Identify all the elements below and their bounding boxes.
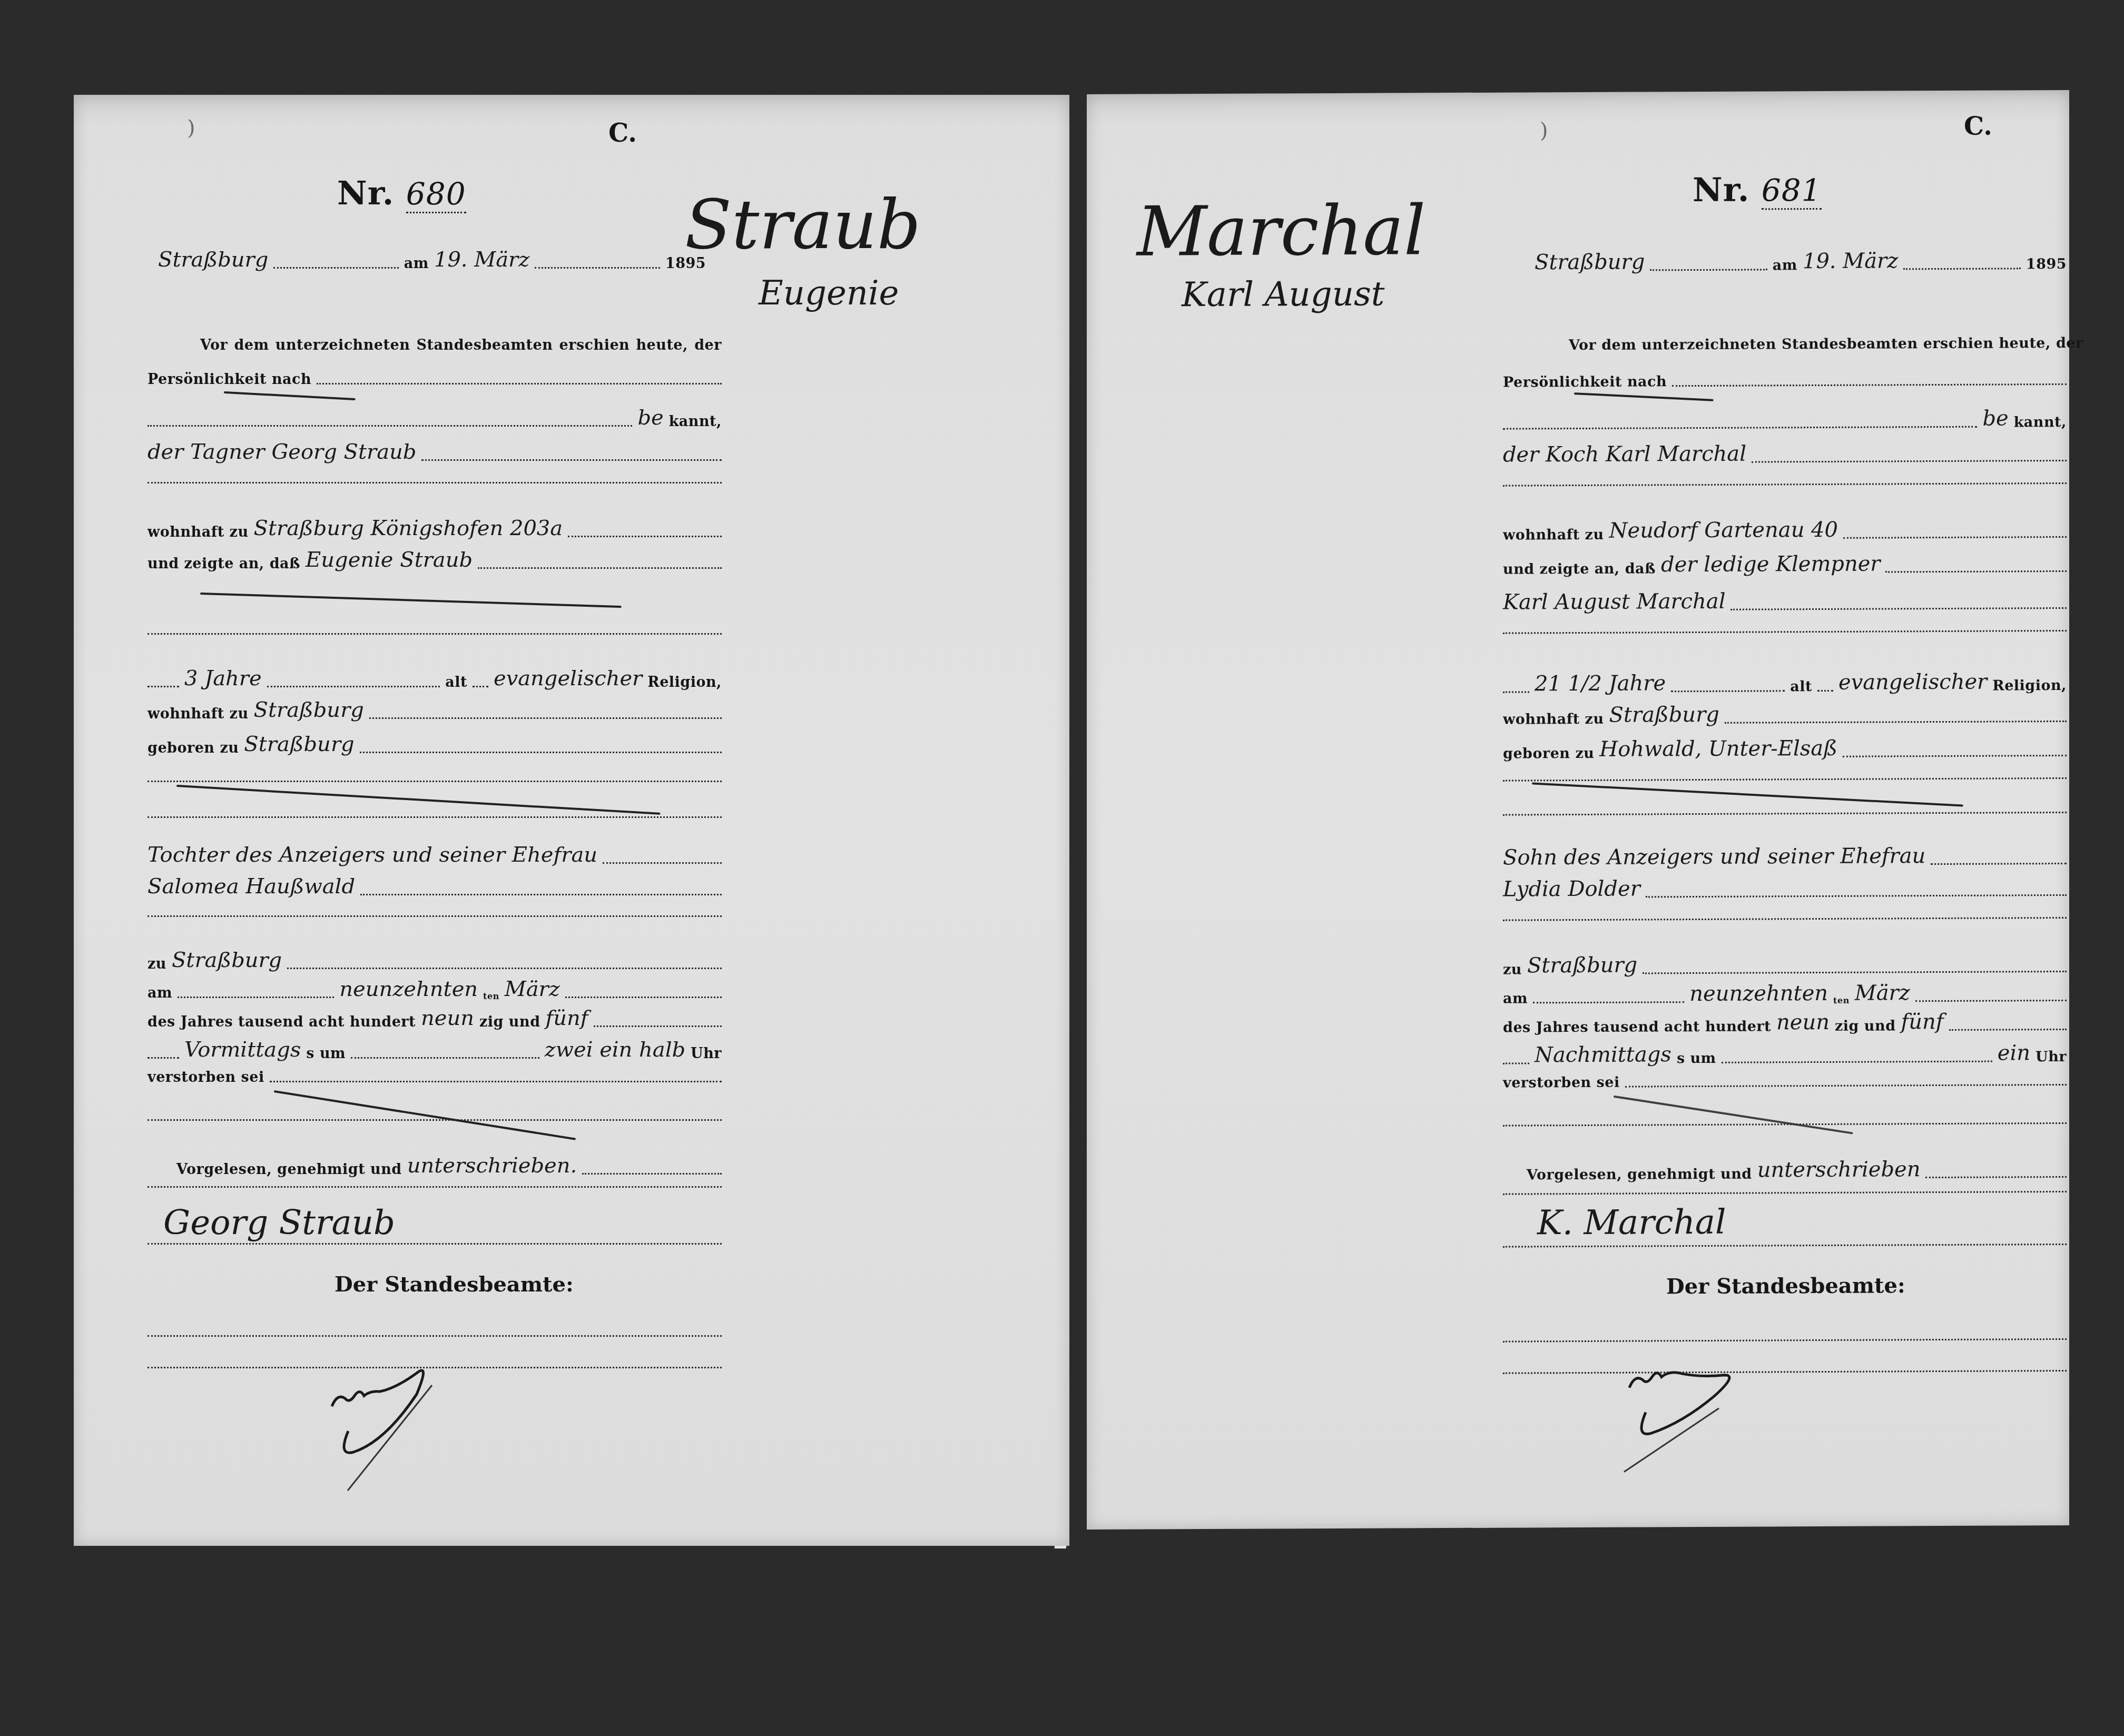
intro-word: der <box>694 337 722 353</box>
died-line: verstorben sei <box>1503 1072 2067 1091</box>
death-place-line: zu Straßburg <box>147 948 722 972</box>
day-suffix: ten <box>483 991 499 1001</box>
identity-label: Persönlichkeit nach <box>147 371 311 388</box>
intro-word: der <box>2056 335 2083 351</box>
death-place-label: zu <box>1503 961 1522 978</box>
blank-rule <box>147 1243 722 1245</box>
strike-line <box>1574 392 1714 401</box>
approval-line: Vorgelesen, genehmigt und unterschrieben <box>1527 1157 2067 1183</box>
death-date-line: am neunzehnten ten März <box>147 977 722 1001</box>
deceased-line: und zeigte an, daß der ledige Klempner <box>1503 551 2067 578</box>
year-label-2: zig und <box>1835 1018 1896 1034</box>
blank-rule <box>147 1335 722 1337</box>
blank-rule <box>1503 917 2067 921</box>
corner-mark: C. <box>608 119 637 148</box>
blank-rule <box>147 816 722 818</box>
residence-label: wohnhaft zu <box>1503 527 1604 544</box>
corner-mark: C. <box>1964 112 1992 141</box>
death-year-line: des Jahres tausend acht hundert neun zig… <box>147 1006 722 1030</box>
informant-residence-line: wohnhaft zu Neudorf Gartenau 40 <box>1503 517 2067 544</box>
birthplace: Hohwald, Unter-Elsaß <box>1599 736 1837 762</box>
age-religion-line: 3 Jahre alt evangelischer Religion, <box>147 666 722 691</box>
identity-line: Persönlichkeit nach <box>147 371 722 388</box>
approval-hand: unterschrieben <box>1757 1157 1921 1182</box>
death-date-label: am <box>147 985 172 1001</box>
parents-2: Lydia Dolder <box>1503 876 1640 901</box>
deceased-line: und zeigte an, daß Eugenie Straub <box>147 548 722 572</box>
religion-label: Religion, <box>647 674 722 691</box>
deceased-residence: Straßburg <box>254 698 364 722</box>
deceased-residence: Straßburg <box>1609 703 1719 727</box>
intro-word: Standesbeamten <box>417 337 553 353</box>
known-line: be kannt, <box>147 406 722 430</box>
informant-residence-line: wohnhaft zu Straßburg Königshofen 203a <box>147 516 722 540</box>
parents-1: Tochter des Anzeigers und seiner Ehefrau <box>147 843 597 867</box>
informant-residence: Straßburg Königshofen 203a <box>254 516 563 540</box>
blank-rule <box>1503 630 2067 634</box>
religion: evangelischer <box>1838 670 1987 695</box>
known-suffix-hand: be <box>1982 406 2008 430</box>
register-number-label: Nr. <box>337 174 394 212</box>
birthplace-line: geboren zu Straßburg <box>147 732 722 756</box>
age-label: alt <box>445 674 467 691</box>
died-label: verstorben sei <box>1503 1074 1620 1091</box>
uhr-label: Uhr <box>691 1045 722 1062</box>
strike-line <box>274 1090 576 1140</box>
religion-label: Religion, <box>1992 677 2067 694</box>
margin-given-name: Karl August <box>1182 275 1385 315</box>
death-time-line: Vormittags s um zwei ein halb Uhr <box>147 1038 722 1062</box>
register-number-value: 680 <box>406 176 466 213</box>
informant-signature: Georg Straub <box>163 1204 395 1242</box>
blank-rule <box>1503 1338 2067 1343</box>
place-date-line: Straßburg am 19. März 1895 <box>1535 248 2067 274</box>
death-date-line: am neunzehnten ten März <box>1503 980 2067 1007</box>
parents-line-2: Lydia Dolder <box>1503 875 2067 902</box>
deceased-occupation: der ledige Klempner <box>1661 551 1880 577</box>
born-label: geboren zu <box>147 740 239 756</box>
registrar-signature-icon <box>300 1338 500 1496</box>
deceased-line-2: Karl August Marchal <box>1503 588 2067 615</box>
birthplace-line: geboren zu Hohwald, Unter-Elsaß <box>1503 735 2067 762</box>
informant-residence: Neudorf Gartenau 40 <box>1609 518 1838 543</box>
age-religion-line: 21 1/2 Jahre alt evangelischer Religion, <box>1503 669 2067 696</box>
time-label: s um <box>1677 1050 1716 1067</box>
approval-line: Vorgelesen, genehmigt und unterschrieben… <box>176 1153 722 1178</box>
blank-rule <box>1503 1191 2067 1195</box>
time-hour: zwei ein halb <box>545 1038 685 1062</box>
intro-word: Vor <box>200 337 228 353</box>
died-line: verstorben sei <box>147 1069 722 1086</box>
blank-rule <box>1503 482 2067 487</box>
day-suffix: ten <box>1833 995 1850 1005</box>
death-place-label: zu <box>147 956 166 972</box>
death-place-line: zu Straßburg <box>1503 951 2067 978</box>
known-suffix-print: kannt, <box>2014 414 2067 430</box>
year-decade: neun <box>421 1006 474 1030</box>
faint-mark: ) <box>187 116 195 140</box>
death-place: Straßburg <box>1527 953 1637 978</box>
year-label-2: zig und <box>479 1014 540 1030</box>
strike-line <box>1532 782 1963 806</box>
year-decade: neun <box>1776 1010 1830 1034</box>
date: 19. März <box>1803 249 1898 273</box>
death-day: neunzehnten <box>339 977 478 1001</box>
intro-word: heute, <box>636 337 688 353</box>
register-number: Nr. 680 <box>337 174 466 212</box>
age-label: alt <box>1790 678 1812 695</box>
informant: der Tagner Georg Straub <box>147 440 416 464</box>
intro-line: Vor dem unterzeichneten Standesbeamten e… <box>200 337 722 353</box>
uhr-label: Uhr <box>2035 1049 2067 1065</box>
death-month: März <box>505 977 560 1001</box>
time-label: s um <box>306 1045 346 1062</box>
strike-line <box>1614 1096 1853 1135</box>
intro-word: Standesbeamten <box>1782 336 1918 352</box>
announce-label: und zeigte an, daß <box>1503 560 1656 577</box>
blank-rule <box>147 1119 722 1121</box>
death-year-line: des Jahres tausend acht hundert neun zig… <box>1503 1009 2067 1036</box>
residence-label: wohnhaft zu <box>147 524 249 540</box>
time-of-day: Vormittags <box>184 1038 301 1062</box>
deceased-residence-line: wohnhaft zu Straßburg <box>147 698 722 722</box>
register-page-left: ) C. Nr. 680 Straub Eugenie Straßburg am… <box>74 95 1069 1546</box>
intro-word: unterzeichneten <box>276 337 410 353</box>
parents-line-1: Sohn des Anzeigers und seiner Ehefrau <box>1503 843 2067 870</box>
intro-line: Vor dem unterzeichneten Standesbeamten e… <box>1569 335 2067 353</box>
born-label: geboren zu <box>1503 745 1594 762</box>
known-suffix-hand: be <box>637 406 663 430</box>
identity-label: Persönlichkeit nach <box>1503 373 1667 390</box>
intro-word: dem <box>1601 337 1636 353</box>
died-label: verstorben sei <box>147 1069 264 1086</box>
year: 1895 <box>2026 256 2067 272</box>
time-of-day: Nachmittags <box>1535 1042 1671 1067</box>
parents-line-1: Tochter des Anzeigers und seiner Ehefrau <box>147 843 722 867</box>
date: 19. März <box>434 248 529 272</box>
blank-rule <box>1503 1244 2067 1248</box>
am-label: am <box>1773 257 1797 273</box>
intro-word: heute, <box>1999 335 2051 351</box>
register-number: Nr. 681 <box>1693 170 1822 209</box>
registrar-signature-icon <box>1598 1345 1798 1504</box>
margin-given-name: Eugenie <box>759 274 899 313</box>
known-line: be kannt, <box>1503 406 2067 433</box>
blank-rule <box>147 915 722 917</box>
register-page-right: ) C. Nr. 681 Marchal Karl August Straßbu… <box>1087 90 2069 1530</box>
death-time-line: Nachmittags s um ein Uhr <box>1503 1041 2067 1068</box>
informant-signature: K. Marchal <box>1537 1203 1726 1243</box>
identity-line: Persönlichkeit nach <box>1503 372 2067 391</box>
intro-word: Vor <box>1569 337 1596 353</box>
informant: der Koch Karl Marchal <box>1503 442 1746 467</box>
death-date-label: am <box>1503 990 1528 1007</box>
year-label: des Jahres tausend acht hundert <box>1503 1018 1771 1035</box>
deceased-residence-line: wohnhaft zu Straßburg <box>1503 701 2067 728</box>
strike-line <box>200 593 622 608</box>
year-unit: fünf <box>546 1006 588 1030</box>
strike-line <box>224 391 356 400</box>
faint-mark: ) <box>1540 119 1548 143</box>
register-number-label: Nr. <box>1693 171 1749 209</box>
registrar-heading: Der Standesbeamte: <box>335 1272 574 1297</box>
place: Straßburg <box>158 248 268 272</box>
deceased-name: Eugenie Straub <box>306 548 473 572</box>
intro-word: unterzeichneten <box>1641 336 1776 353</box>
parents-line-2: Salomea Haußwald <box>147 874 722 899</box>
deceased-name: Karl August Marchal <box>1503 589 1725 615</box>
informant-line: der Koch Karl Marchal <box>1503 440 2067 467</box>
blank-rule <box>147 482 722 484</box>
approval-label: Vorgelesen, genehmigt und <box>1527 1166 1752 1183</box>
year-unit: fünf <box>1901 1010 1944 1034</box>
intro-word: dem <box>234 337 269 353</box>
margin-surname: Marchal <box>1137 190 1425 271</box>
age: 21 1/2 Jahre <box>1535 671 1666 696</box>
residence-label: wohnhaft zu <box>147 706 249 722</box>
place: Straßburg <box>1535 250 1645 274</box>
death-day: neunzehnten <box>1689 981 1828 1006</box>
intro-word: erschien <box>559 337 630 353</box>
am-label: am <box>404 255 429 272</box>
birthplace: Straßburg <box>244 732 354 756</box>
parents-2: Salomea Haußwald <box>147 874 355 899</box>
strike-line <box>176 785 661 815</box>
death-month: März <box>1855 981 1910 1005</box>
blank-rule <box>147 633 722 635</box>
announce-label: und zeigte an, daß <box>147 556 300 572</box>
age: 3 Jahre <box>184 666 262 691</box>
time-hour: ein <box>1998 1041 2030 1065</box>
parents-1: Sohn des Anzeigers und seiner Ehefrau <box>1503 844 1925 870</box>
intro-word: erschien <box>1923 336 1994 352</box>
year-label: des Jahres tausend acht hundert <box>147 1014 416 1030</box>
religion: evangelischer <box>494 666 642 691</box>
registrar-heading: Der Standesbeamte: <box>1666 1273 1905 1299</box>
known-suffix-print: kannt, <box>669 413 722 430</box>
register-number-value: 681 <box>1762 172 1822 210</box>
year: 1895 <box>665 255 706 272</box>
approval-label: Vorgelesen, genehmigt und <box>176 1161 402 1178</box>
blank-rule <box>147 781 722 782</box>
approval-hand: unterschrieben. <box>407 1153 577 1178</box>
margin-surname: Straub <box>685 184 921 264</box>
residence-label: wohnhaft zu <box>1503 711 1604 728</box>
death-place: Straßburg <box>172 948 282 972</box>
blank-rule <box>1503 812 2067 816</box>
informant-line: der Tagner Georg Straub <box>147 440 722 464</box>
blank-rule <box>1503 777 2067 782</box>
blank-rule <box>147 1186 722 1188</box>
place-date-line: Straßburg am 19. März 1895 <box>158 248 706 272</box>
